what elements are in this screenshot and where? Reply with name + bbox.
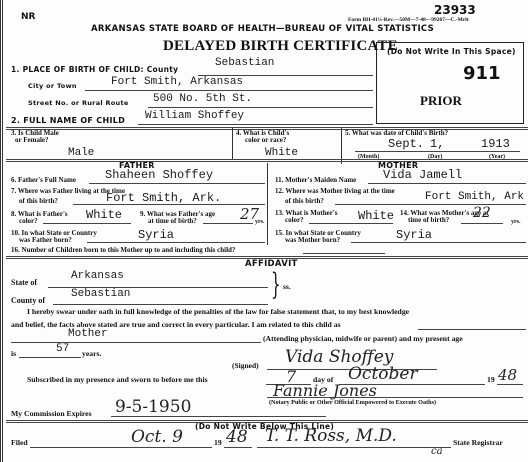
race-label-2: color or race? — [245, 136, 286, 144]
mother-birthplace-label-2: was Mother born? — [285, 236, 340, 244]
signed-label: (Signed) — [232, 362, 259, 370]
brace-icon: } — [271, 270, 281, 300]
mother-birthplace: Syria — [396, 228, 432, 242]
children-count-label: 16. Number of Children born to this Moth… — [11, 246, 235, 254]
affidavit-text-line2: and belief, the facts above stated are t… — [11, 321, 341, 329]
mother-age-unit: yrs. — [511, 218, 521, 226]
father-color-label-2: color? — [19, 217, 38, 225]
filed-year-prefix: 19 — [214, 439, 222, 447]
child-name: William Shoffey — [145, 110, 244, 122]
city-label: City or Town — [28, 82, 77, 90]
age-prefix: is — [11, 350, 16, 358]
relation-to-child: Mother — [68, 328, 108, 340]
father-residence-label-2: of this birth? — [19, 197, 58, 205]
dob-day: 1, — [430, 137, 444, 151]
father-color: White — [86, 208, 122, 222]
form-code: Form BH-41¼-Rev.—50M—7-48—99267—C.-Mrlt — [348, 17, 469, 23]
affidavit-county: Sebastian — [71, 288, 130, 300]
affidavit-state: Arkansas — [71, 270, 124, 282]
child-sex: Male — [68, 147, 94, 159]
registrar-signature: T. T. Ross, M.D. — [265, 426, 397, 446]
county-label: County of — [11, 297, 45, 305]
father-residence: Fort Smith, Ark. — [106, 191, 221, 205]
affiant-age: 57 — [56, 343, 69, 355]
mother-residence-label-1: 12. Where was Mother living at the time — [275, 187, 395, 195]
father-name-label: 6. Father's Full Name — [11, 176, 76, 184]
registration-number: 911 — [463, 63, 501, 84]
father-birthplace-label-2: was Father born? — [19, 236, 72, 244]
age-suffix: years. — [82, 350, 101, 358]
relation-caption: (Attending physician, midwife or parent)… — [263, 335, 463, 343]
mother-color: White — [358, 209, 394, 223]
mother-age: 22 — [473, 205, 491, 221]
office-use-box: (Do Not Write In This Space) 911 PRIOR — [376, 42, 524, 124]
birth-county: Sebastian — [215, 57, 274, 69]
birth-street: 500 No. 5th St. — [153, 93, 252, 105]
father-birthplace: Syria — [138, 228, 174, 242]
affidavit-text-line1: I hereby swear under oath in full knowle… — [27, 308, 409, 316]
mother-residence: Fort Smith, Ark — [425, 191, 524, 203]
dob-year: 1913 — [481, 137, 510, 151]
registrar-label: State Registrar — [453, 439, 503, 447]
filed-label: Filed — [11, 439, 28, 447]
commission-label: My Commission Expires — [11, 410, 92, 418]
filed-date: Oct. 9 — [131, 427, 183, 447]
father-name: Shaheen Shoffey — [105, 168, 213, 182]
office-use-caption: (Do Not Write In This Space) — [387, 47, 516, 56]
sex-label-2: or Female? — [15, 136, 49, 144]
certificate-number: 23933 — [434, 3, 476, 17]
prior-stamp: PRIOR — [420, 93, 462, 109]
child-name-label: 2. FULL NAME OF CHILD — [11, 116, 125, 125]
ss-mark: ss. — [283, 283, 291, 291]
delayed-birth-certificate: NR 23933 Form BH-41¼-Rev.—50M—7-48—99267… — [0, 0, 528, 462]
commission-date: 9-5-1950 — [115, 397, 191, 417]
child-race: White — [265, 147, 298, 159]
mother-color-label-2: color? — [285, 216, 304, 224]
mother-name-label: 11. Mother's Maiden Name — [275, 176, 356, 184]
subscribed-label: Subscribed in my presence and sworn to b… — [27, 376, 208, 384]
filed-year: 48 — [226, 427, 248, 447]
sworn-year: 48 — [498, 366, 517, 384]
sworn-year-prefix: 19 — [487, 376, 495, 384]
state-label: State of — [11, 279, 37, 287]
birth-city: Fort Smith, Arkansas — [111, 76, 243, 88]
registrar-initials: ca — [431, 446, 443, 457]
father-age-unit: yrs. — [255, 218, 265, 226]
mother-age-label-2: time of birth? — [408, 216, 449, 224]
place-of-birth-label: 1. PLACE OF BIRTH OF CHILD: County — [11, 65, 178, 74]
mother-name: Vida Jamell — [383, 168, 462, 182]
certificate-title: DELAYED BIRTH CERTIFICATE — [163, 38, 398, 55]
notary-caption: (Notary Public or Other Official Empower… — [269, 399, 436, 407]
street-label: Street No. or Rural Route — [28, 99, 129, 107]
dob-month: Sept. — [388, 137, 424, 151]
nr-mark: NR — [21, 12, 35, 22]
agency-name: ARKANSAS STATE BOARD OF HEALTH—BUREAU OF… — [91, 24, 434, 34]
father-age-label-2: at time of birth? — [148, 217, 197, 225]
mother-residence-label-2: of this birth? — [285, 197, 324, 205]
dob-label: 5. What was date of Child's Birth? — [345, 129, 448, 137]
